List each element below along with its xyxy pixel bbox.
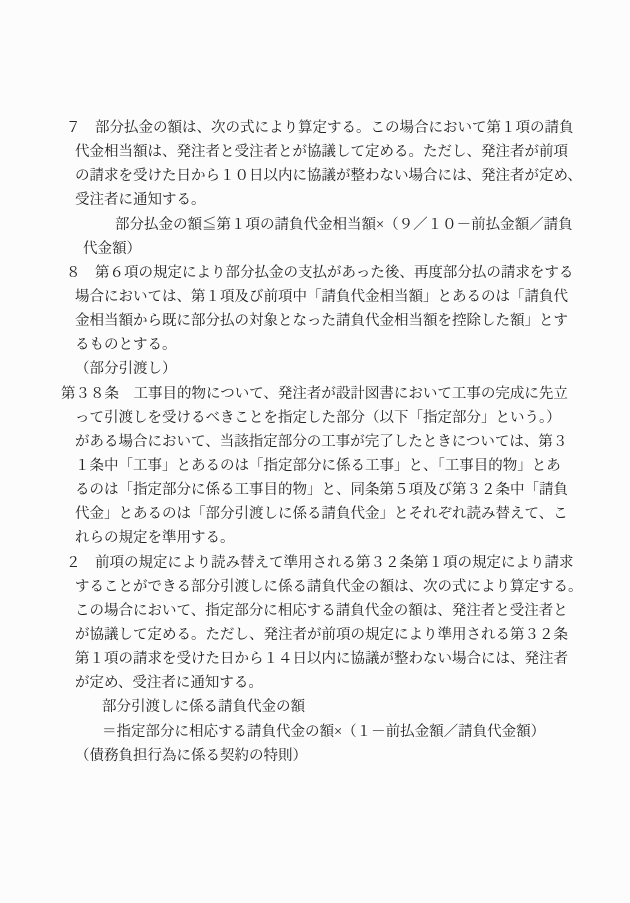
article-38-line-7: れらの規定を準用する。	[75, 526, 630, 550]
para-2-line-2: することができる部分引渡しに係る請負代金の額は、次の式により算定する。	[75, 575, 630, 599]
para-8-line-4: るものとする。	[75, 333, 630, 357]
article-38-line-1: 第３８条 工事目的物について、発注者が設計図書において工事の完成に先立	[61, 382, 630, 406]
para-2-line-3: この場合において、指定部分に相応する請負代金の額は、発注者と受注者と	[75, 599, 630, 623]
article-38-line-2: って引渡しを受けるべきことを指定した部分（以下「指定部分」という。）	[75, 406, 630, 430]
partial-delivery-formula-line-1: 部分引渡しに係る請負代金の額	[102, 695, 630, 719]
para-8-line-2: 場合においては、第１項及び前項中「請負代金相当額」とあるのは「請負代	[75, 285, 630, 309]
para-2-line-4: が協議して定める。ただし、発注者が前項の規定により準用される第３２条	[75, 623, 630, 647]
para-7-line-3: の請求を受けた日から１０日以内に協議が整わない場合には、発注者が定め、	[75, 164, 630, 188]
caption-obligation-special-provision: （債務負担行為に係る契約の特則）	[75, 744, 630, 768]
document-page: ７ 部分払金の額は、次の式により算定する。この場合において第１項の請負 代金相当…	[0, 0, 630, 903]
para-7-line-4: 受注者に通知する。	[75, 188, 630, 212]
para-8-line-3: 金相当額から既に部分払の対象となった請負代金相当額を控除した額」とす	[75, 309, 630, 333]
para-2-line-5: 第１項の請求を受けた日から１４日以内に協議が整わない場合には、発注者	[75, 647, 630, 671]
para-7-line-1: ７ 部分払金の額は、次の式により算定する。この場合において第１項の請負	[66, 116, 630, 140]
caption-partial-delivery: （部分引渡し）	[75, 357, 630, 381]
partial-payment-formula-line-1: 部分払金の額≦第１項の請負代金相当額×（９／１０－前払金額／請負	[115, 213, 630, 237]
para-2-line-1: ２ 前項の規定により読み替えて準用される第３２条第１項の規定により請求	[66, 551, 630, 575]
para-7-line-2: 代金相当額は、発注者と受注者とが協議して定める。ただし、発注者が前項	[75, 140, 630, 164]
article-38-line-5: るのは「指定部分に係る工事目的物」と、同条第５項及び第３２条中「請負	[75, 478, 630, 502]
partial-payment-formula-line-2: 代金額）	[83, 237, 630, 261]
document-text-block: ７ 部分払金の額は、次の式により算定する。この場合において第１項の請負 代金相当…	[0, 116, 630, 768]
partial-delivery-formula-line-2: ＝指定部分に相応する請負代金の額×（１－前払金額／請負代金額）	[102, 720, 630, 744]
article-38-line-3: がある場合において、当該指定部分の工事が完了したときについては、第３	[75, 430, 630, 454]
para-8-line-1: ８ 第６項の規定により部分払金の支払があった後、再度部分払の請求をする	[66, 261, 630, 285]
article-38-line-4: １条中「工事」とあるのは「指定部分に係る工事」と、「工事目的物」とあ	[75, 454, 630, 478]
article-38-line-6: 代金」とあるのは「部分引渡しに係る請負代金」とそれぞれ読み替えて、こ	[75, 502, 630, 526]
para-2-line-6: が定め、受注者に通知する。	[75, 671, 630, 695]
